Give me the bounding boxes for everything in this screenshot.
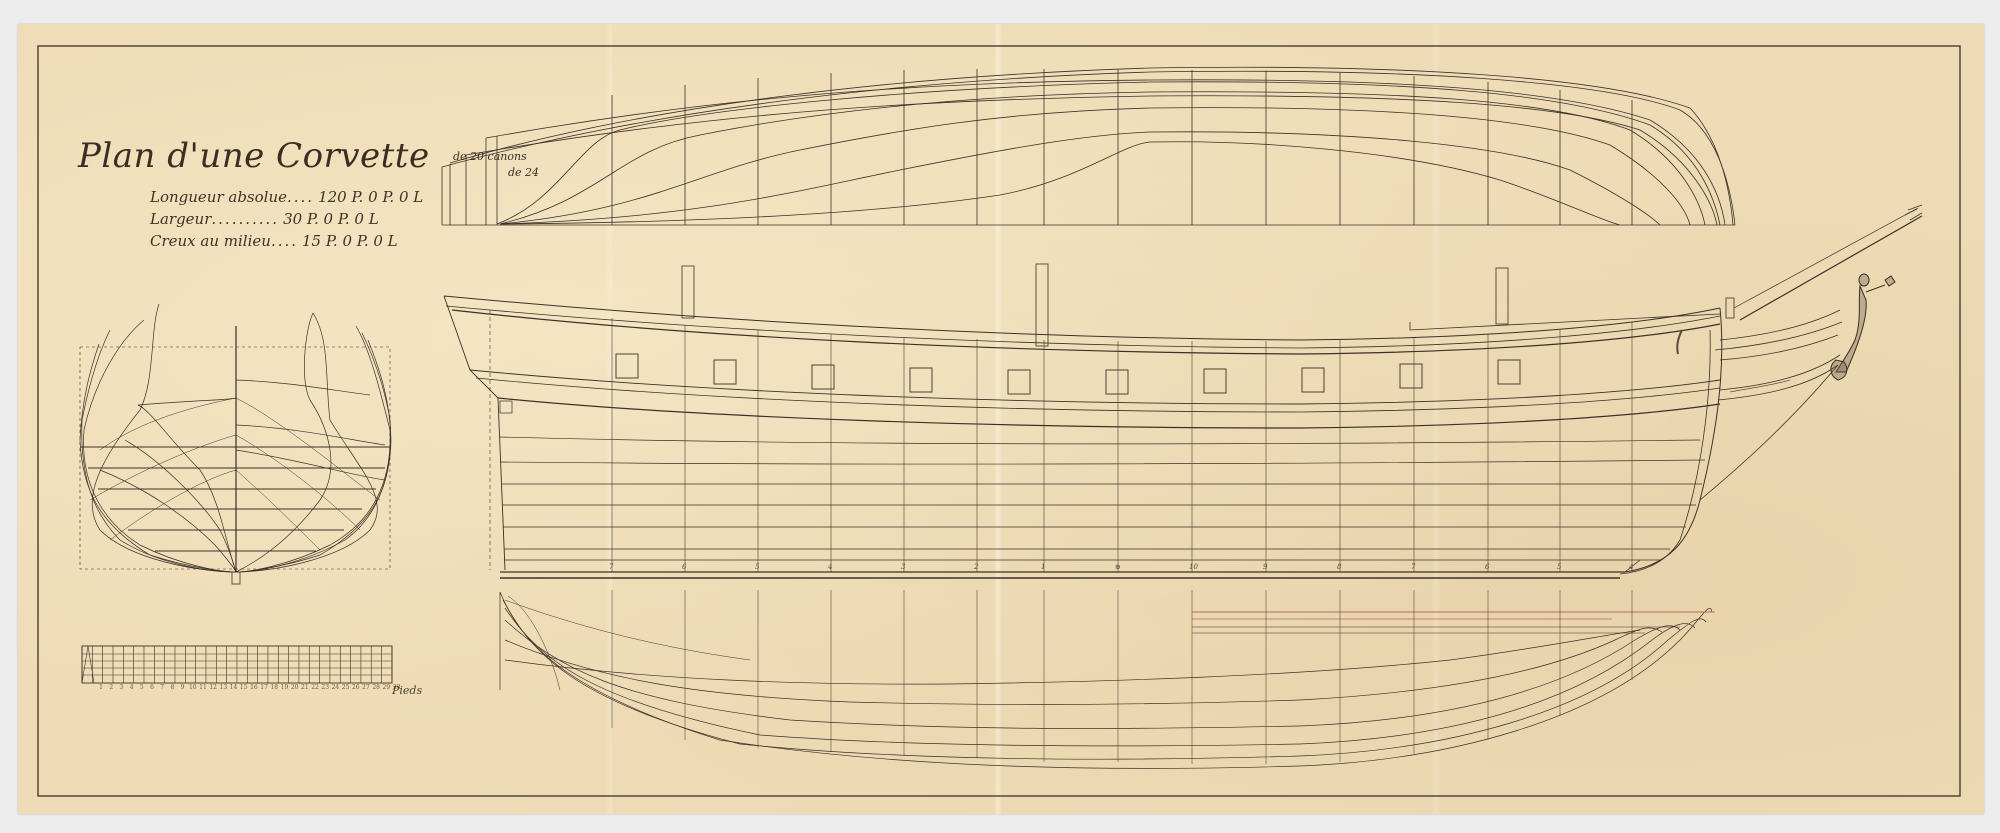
scale-number: 17 (259, 684, 269, 691)
title-main: Plan d'une Corvette (78, 136, 430, 176)
scale-number: 19 (279, 684, 289, 691)
scale-number: 18 (269, 684, 279, 691)
scale-number: 29 (381, 684, 391, 691)
station-label: 10 (1189, 563, 1198, 571)
scale-number: 14 (228, 684, 238, 691)
scale-number: 10 (188, 684, 198, 691)
scale-number: 23 (320, 684, 330, 691)
station-label: 5 (1557, 563, 1561, 571)
station-label: 8 (1337, 563, 1341, 571)
station-label: 7 (1411, 563, 1415, 571)
scale-number: 25 (341, 684, 351, 691)
station-label: 7 (609, 563, 613, 571)
title-subtitle-2: de 24 (508, 166, 539, 179)
station-label: 6 (1485, 563, 1489, 571)
scale-number: 7 (157, 684, 167, 691)
leader-dots: .... (271, 230, 298, 252)
scale-number: 24 (330, 684, 340, 691)
scale-number: 2 (106, 684, 116, 691)
figurehead (1831, 274, 1895, 380)
scale-number: 9 (178, 684, 188, 691)
station-label: ⊕ (1115, 563, 1121, 571)
body-plan (80, 304, 391, 584)
station-label: 5 (755, 563, 759, 571)
profile-stations (612, 318, 1632, 572)
scale-number: 21 (300, 684, 310, 691)
scale-number: 15 (239, 684, 249, 691)
scale-bar (82, 646, 392, 683)
scale-number: 3 (116, 684, 126, 691)
scale-number: 16 (249, 684, 259, 691)
scale-number: 11 (198, 684, 208, 691)
station-label: 4 (1629, 563, 1633, 571)
dimensions-table: Longueur absolue .... 120 P. 0 P. 0 L La… (150, 186, 423, 252)
scale-number: 13 (218, 684, 228, 691)
scale-number: 28 (371, 684, 381, 691)
station-label: 1 (1041, 563, 1045, 571)
top-waterline-plan (442, 67, 1735, 225)
scale-number: 4 (127, 684, 137, 691)
dimension-label: Largeur (150, 208, 211, 230)
dimension-value: 30 P. 0 P. 0 L (283, 208, 379, 230)
scale-label: Pieds (392, 684, 422, 697)
scale-number: 20 (290, 684, 300, 691)
dimension-label: Creux au milieu (150, 230, 271, 252)
dimension-value: 15 P. 0 P. 0 L (302, 230, 398, 252)
hull-waterlines (500, 437, 1705, 560)
dimension-row-width: Largeur .......... 30 P. 0 P. 0 L (150, 208, 423, 230)
gunports (616, 354, 1520, 394)
leader-dots: .... (287, 186, 314, 208)
scale-numbers: 1234567891011121314151617181920212223242… (96, 684, 402, 691)
profile-plan (444, 205, 1922, 578)
scale-number: 12 (208, 684, 218, 691)
plan-title: Plan d'une Corvette de 20 canons de 24 (78, 136, 430, 176)
scale-number: 5 (137, 684, 147, 691)
half-breadth-plan (500, 590, 1715, 768)
scale-number: 26 (351, 684, 361, 691)
leader-dots: .......... (211, 208, 279, 230)
scale-number: 22 (310, 684, 320, 691)
dimension-value: 120 P. 0 P. 0 L (318, 186, 423, 208)
scale-number: 6 (147, 684, 157, 691)
scale-number: 8 (167, 684, 177, 691)
scale-number: 27 (361, 684, 371, 691)
ship-plan-drawing (0, 0, 2000, 833)
station-label: 9 (1263, 563, 1267, 571)
station-label: 6 (682, 563, 686, 571)
dimension-row-length: Longueur absolue .... 120 P. 0 P. 0 L (150, 186, 423, 208)
station-label: 4 (828, 563, 832, 571)
title-subtitle: de 20 canons (453, 150, 527, 163)
scale-number: 1 (96, 684, 106, 691)
station-label: 3 (901, 563, 905, 571)
station-label: 2 (974, 563, 978, 571)
dimension-row-depth: Creux au milieu .... 15 P. 0 P. 0 L (150, 230, 423, 252)
dimension-label: Longueur absolue (150, 186, 287, 208)
